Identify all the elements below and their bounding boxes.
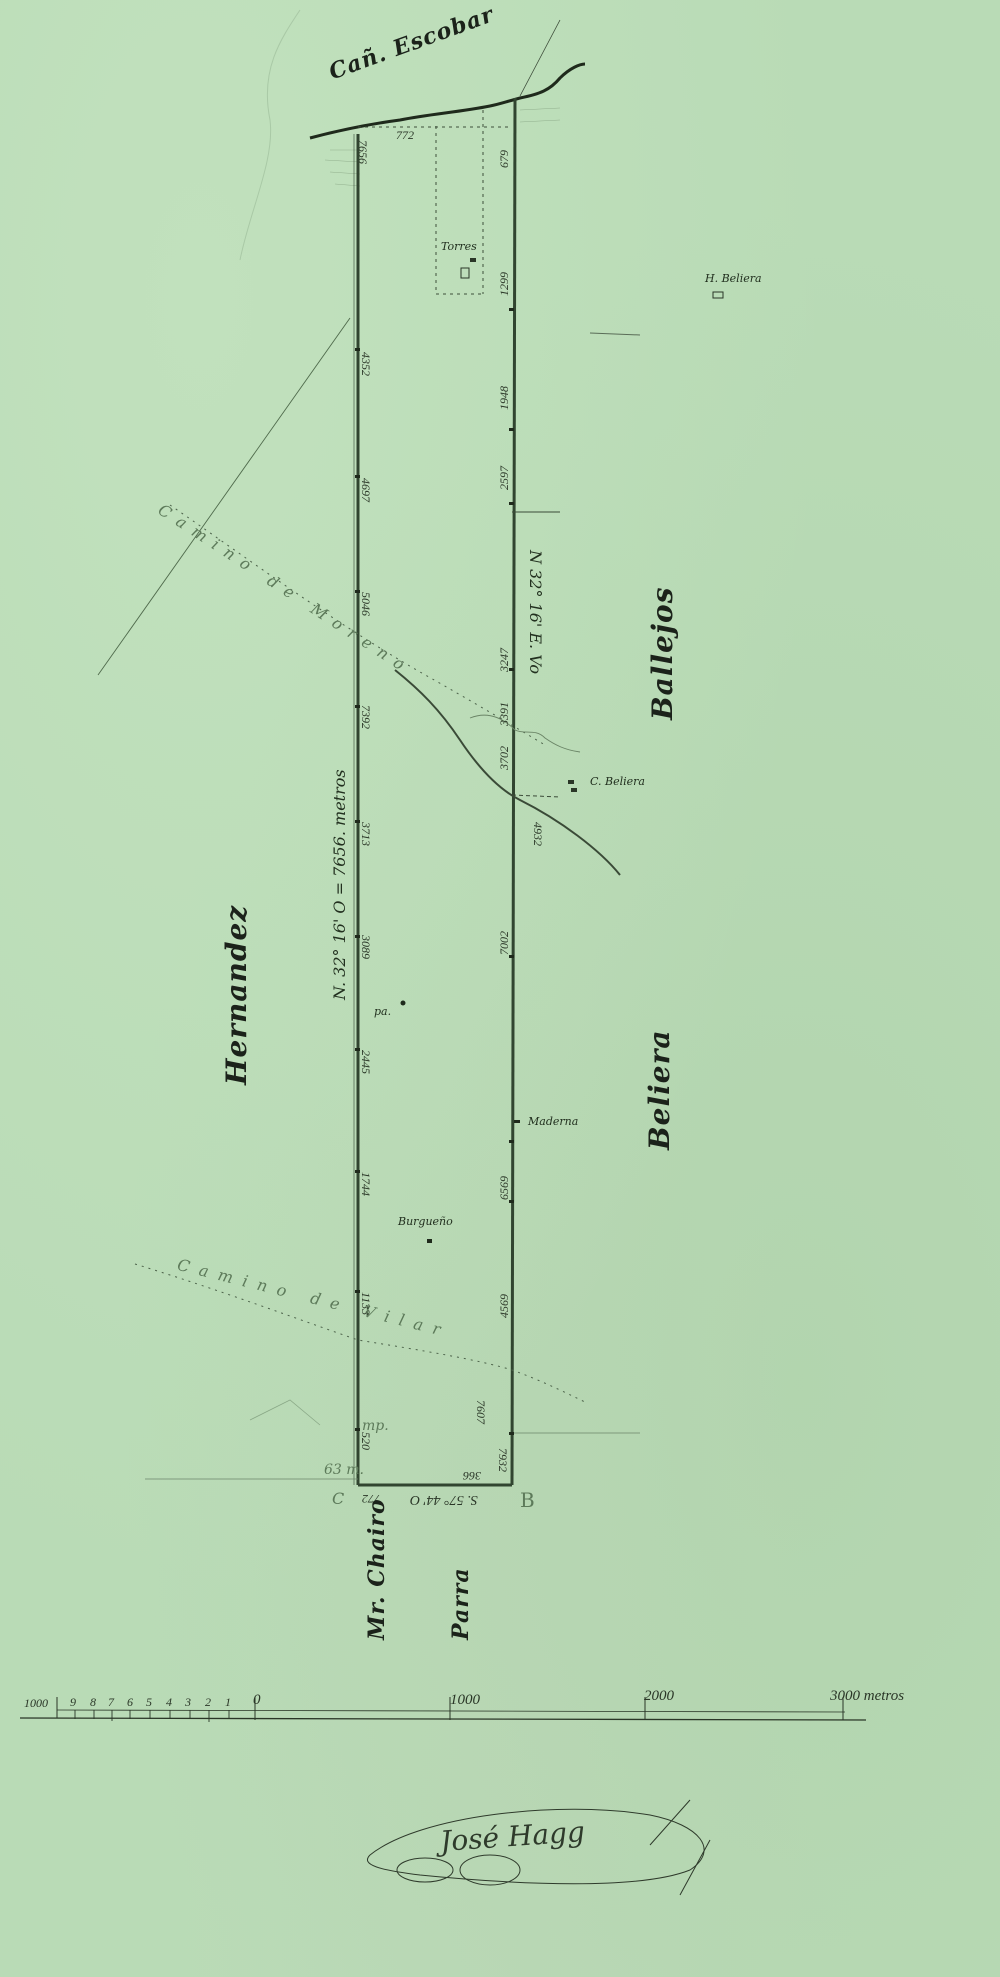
place-h-beliera: H. Beliera bbox=[705, 272, 762, 285]
scale-subdivision: 3 bbox=[185, 1695, 191, 1710]
neighbor-south-right: Parra bbox=[448, 1567, 474, 1640]
east-tick: 4932 bbox=[530, 822, 545, 846]
neighbor-east-south: Beliera bbox=[643, 1030, 676, 1150]
neighbor-west: Hernandez bbox=[220, 905, 253, 1085]
south-width-label: 366 bbox=[463, 1468, 481, 1483]
west-tick: 3089 bbox=[358, 935, 373, 959]
scale-subdivision: 7 bbox=[108, 1695, 114, 1710]
west-tick: 3713 bbox=[358, 822, 373, 846]
east-bearing-label: N 32° 16' E. Vo bbox=[526, 550, 545, 674]
corner-c-label: C bbox=[332, 1489, 344, 1508]
west-tick: 2445 bbox=[358, 1050, 373, 1074]
east-tick: 7002 bbox=[497, 931, 512, 955]
west-tick: 7392 bbox=[358, 705, 373, 729]
scale-tick-label: 2000 bbox=[644, 1688, 674, 1705]
scale-subdivision: 8 bbox=[90, 1695, 96, 1710]
scale-subdivision: 0 bbox=[253, 1692, 261, 1709]
east-tick: 1948 bbox=[497, 386, 512, 410]
scale-subdivision: 6 bbox=[127, 1695, 133, 1710]
west-tick: 4697 bbox=[358, 478, 373, 502]
west-tick: 4352 bbox=[358, 352, 373, 376]
place-maderna: Maderna bbox=[528, 1115, 578, 1128]
scale-tick-label: 1000 bbox=[450, 1692, 480, 1709]
west-tick: 520 bbox=[358, 1432, 373, 1450]
north-width-label: 772 bbox=[396, 128, 414, 143]
neighbor-east-north: Ballejos bbox=[646, 587, 679, 720]
east-tick: 3391 bbox=[497, 702, 512, 726]
east-tick: 2597 bbox=[497, 466, 512, 490]
east-tick: 679 bbox=[497, 150, 512, 168]
east-tick: 4569 bbox=[497, 1294, 512, 1318]
place-burgueno: Burgueño bbox=[398, 1215, 453, 1228]
corner-mp-note: mp. bbox=[362, 1418, 389, 1434]
parcel-outline bbox=[354, 98, 515, 1485]
survey-map-drawing bbox=[0, 0, 1000, 1977]
scale-subdivision: 2 bbox=[205, 1695, 211, 1710]
place-pa: pa. bbox=[374, 1005, 391, 1018]
east-tick: 6569 bbox=[497, 1176, 512, 1200]
scale-subdivision: 1 bbox=[225, 1695, 231, 1710]
neighbor-south-left: Mr. Chairo bbox=[364, 1498, 390, 1640]
scale-subdivision: 4 bbox=[166, 1695, 172, 1710]
scale-subdivision: 9 bbox=[70, 1695, 76, 1710]
west-tick: 7656 bbox=[355, 140, 370, 164]
west-tick: 5046 bbox=[358, 592, 373, 616]
scale-subdivision: 5 bbox=[146, 1695, 152, 1710]
east-tick: 1299 bbox=[497, 272, 512, 296]
corner-sw-note: 63 m. bbox=[324, 1462, 364, 1478]
place-torres: Torres bbox=[441, 240, 477, 253]
east-tick: 7607 bbox=[473, 1400, 488, 1424]
corner-b-label: B bbox=[520, 1488, 535, 1512]
east-tick: 3702 bbox=[497, 746, 512, 770]
scale-tick-label: 3000 metros bbox=[830, 1688, 904, 1705]
east-tick: 7932 bbox=[495, 1448, 510, 1472]
west-tick: 1744 bbox=[358, 1172, 373, 1196]
west-bearing-label: N. 32° 16' O = 7656. metros bbox=[330, 769, 349, 1000]
place-c-beliera: C. Beliera bbox=[590, 775, 645, 788]
east-tick: 3247 bbox=[497, 648, 512, 672]
south-bearing-label: S. 57° 44' O bbox=[410, 1491, 478, 1507]
scale-left-label: 1000 bbox=[24, 1696, 48, 1711]
west-tick: 1133 bbox=[358, 1292, 373, 1315]
